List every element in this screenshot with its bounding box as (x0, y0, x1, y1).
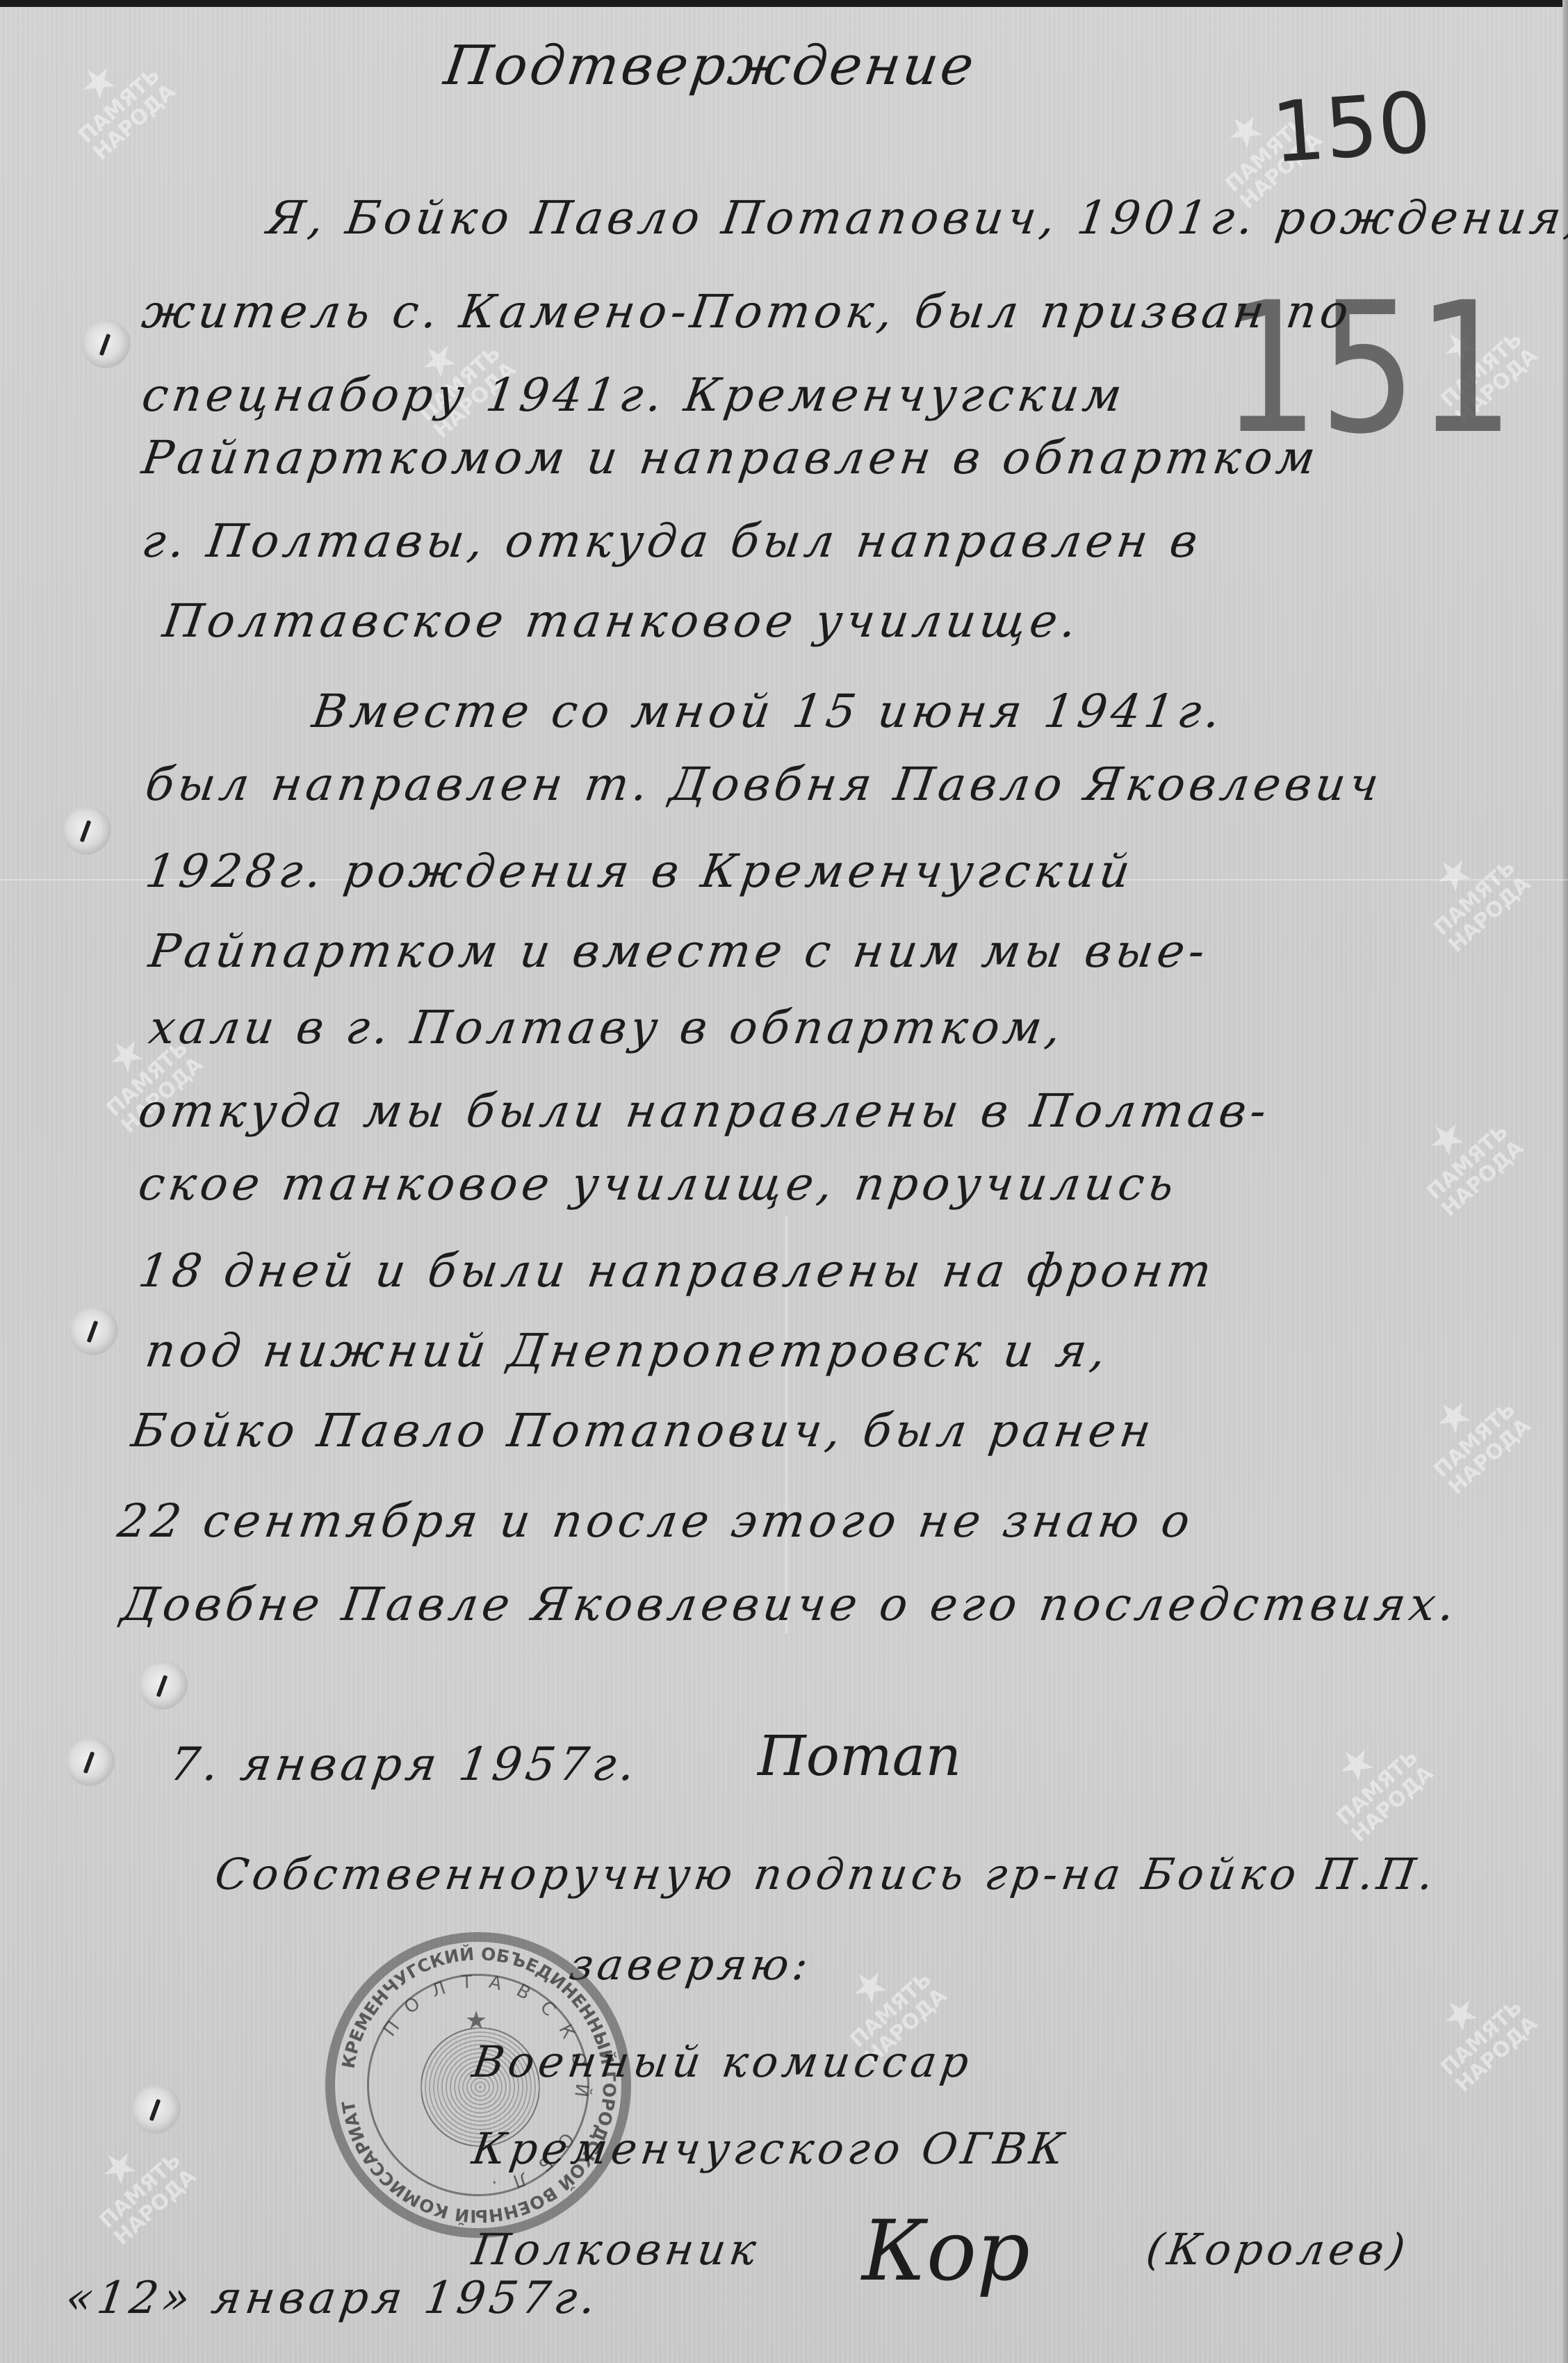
body-line: Полтавское танковое училище. (160, 594, 1084, 648)
body-line: Райпартком и вместе с ним мы вые- (146, 924, 1212, 978)
star-icon: ★ (1409, 1965, 1512, 2063)
watermark: ★ ПАМЯТЬ НАРОДА (1402, 1367, 1535, 1499)
star-icon: ★ (1402, 825, 1505, 924)
punch-hole (132, 2085, 181, 2134)
punch-hole (63, 806, 111, 855)
document-title: Подтверждение (441, 35, 981, 97)
body-line: Я, Бойко Павло Потапович, 1901г. рождени… (264, 191, 1568, 245)
watermark: ★ ПАМЯТЬ НАРОДА (1409, 1965, 1542, 2097)
commissar-name: (Королев) (1143, 2224, 1412, 2275)
declaration-date: 7. января 1957г. (167, 1737, 643, 1791)
watermark: ★ ПАМЯТЬ НАРОДА (1402, 825, 1535, 957)
body-line: 22 сентября и после этого не знаю о (115, 1494, 1198, 1548)
star-icon: ★ (818, 1937, 921, 2036)
watermark: ★ ПАМЯТЬ НАРОДА (1305, 1715, 1437, 1847)
body-line: ское танковое училище, проучились (136, 1157, 1182, 1211)
body-line: откуда мы были направлены в Полтав- (136, 1084, 1274, 1138)
body-line: хали в г. Полтаву в обпартком, (146, 1001, 1068, 1054)
body-line: под нижний Днепропетровск и я, (142, 1324, 1113, 1377)
commissar-position: Военный комиссар (469, 2036, 976, 2087)
body-line: 18 дней и были направлены на фронт (136, 1244, 1219, 1298)
author-signature: Потап (758, 1724, 961, 1788)
body-line: спецнабору 1941г. Кременчугским (139, 368, 1129, 422)
star-icon: ★ (47, 33, 149, 131)
body-line: Довбне Павле Яковлевиче о его последстви… (118, 1578, 1462, 1631)
commissar-signature: Кор (862, 2203, 1030, 2300)
star-icon: ★ (1402, 1367, 1505, 1466)
body-line: был направлен т. Довбня Павло Яковлевич (142, 758, 1387, 811)
archive-page-number: 150 (1268, 74, 1434, 182)
watermark: ★ ПАМЯТЬ НАРОДА (67, 2118, 200, 2250)
watermark: ★ ПАМЯТЬ НАРОДА (1395, 1089, 1528, 1221)
body-line: г. Полтавы, откуда был направлен в (139, 514, 1205, 568)
scan-top-edge (0, 0, 1568, 7)
certification-date: «12» января 1957г. (63, 2273, 603, 2324)
certification-line: Собственноручную подпись гр-на Бойко П.П… (212, 1849, 1441, 1899)
commissar-rank: Полковник (469, 2224, 763, 2275)
body-line: Райпарткомом и направлен в обпартком (139, 431, 1323, 484)
body-line: 1928г. рождения в Кременчугский (142, 844, 1138, 898)
punch-hole (139, 1661, 188, 1710)
star-icon: ★ (1305, 1715, 1407, 1813)
star-icon: ★ (465, 2006, 487, 2035)
document-page: ★ ПАМЯТЬ НАРОДА ★ ПАМЯТЬ НАРОДА ★ ПАМЯТЬ… (0, 0, 1568, 2363)
punch-hole (70, 1307, 118, 1355)
punch-hole (66, 1737, 115, 1786)
body-line: Бойко Павло Потапович, был ранен (129, 1404, 1159, 1457)
watermark: ★ ПАМЯТЬ НАРОДА (47, 33, 179, 165)
body-line: житель с. Камено-Поток, был призван по (139, 285, 1356, 338)
commissar-unit: Кременчугского ОГВК (469, 2123, 1071, 2174)
scan-right-edge (1562, 0, 1568, 2363)
star-icon: ★ (1395, 1089, 1498, 1188)
punch-hole (82, 320, 131, 368)
body-line: Вместе со мной 15 июня 1941г. (309, 685, 1228, 738)
